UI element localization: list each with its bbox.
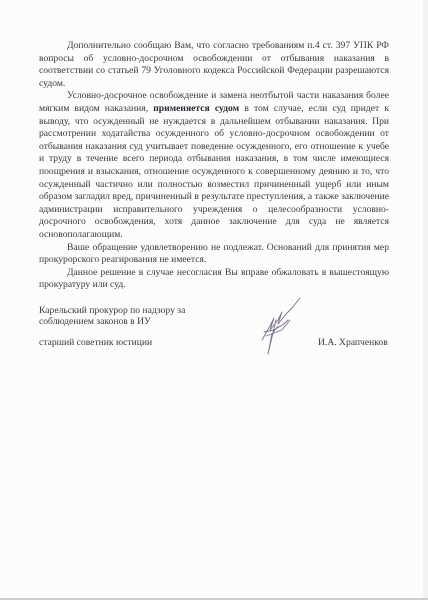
- page-edge-right: [423, 0, 428, 600]
- paragraph-parole-conditions: Условно-досрочное освобождение и замена …: [39, 90, 389, 241]
- paragraph-decision: Ваше обращение удовлетворению не подлежа…: [39, 242, 389, 267]
- paragraph-legal-basis: Дополнительно сообщаю Вам, что согласно …: [39, 40, 389, 90]
- paragraph-appeal: Данное решение в случае несогласия Вы вп…: [39, 267, 389, 292]
- paragraph-text-after: в том случае, если суд придет к выводу, …: [39, 103, 389, 240]
- signatory-org-line-1: Карельский прокурор по надзору за: [39, 306, 185, 317]
- signatory-org-line-2: соблюдением законов в ИУ: [39, 317, 185, 328]
- signatory-name: И.А. Храпченков: [318, 338, 388, 349]
- document-page: Дополнительно сообщаю Вам, что согласно …: [0, 0, 423, 598]
- signature-icon: [248, 290, 308, 360]
- signatory-organization: Карельский прокурор по надзору за соблюд…: [39, 306, 185, 327]
- signatory-rank: старший советник юстиции: [39, 338, 152, 349]
- letter-body: Дополнительно сообщаю Вам, что согласно …: [39, 40, 389, 292]
- emphasized-text: применяется судом: [153, 103, 239, 114]
